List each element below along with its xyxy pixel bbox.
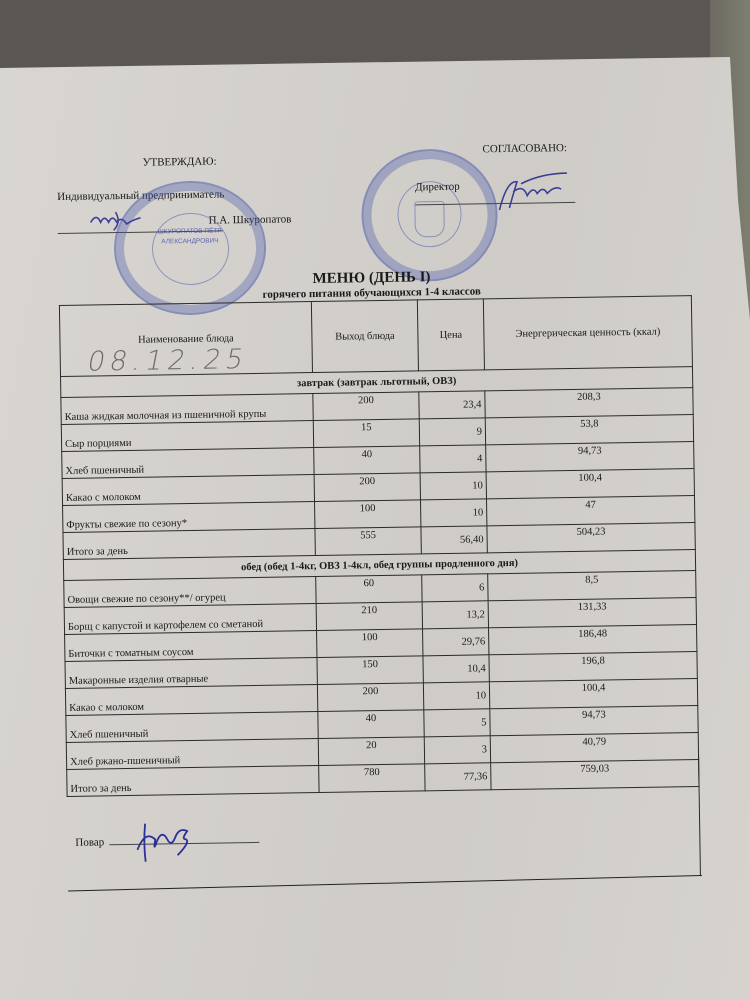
dish-name: Овощи свежие по сезону**/ огурец	[64, 577, 316, 608]
paper-sheet: УТВЕРЖДАЮ: Индивидуальный предпринимател…	[0, 0, 750, 1000]
dish-price: 3	[424, 736, 490, 764]
dish-kcal: 759,03	[491, 760, 699, 790]
dish-portion: 555	[315, 527, 421, 556]
dish-portion: 100	[315, 500, 421, 529]
dish-kcal: 40,79	[490, 733, 698, 763]
handwritten-date: 08.12.25	[85, 344, 251, 378]
dish-price: 10	[421, 499, 487, 527]
approval-heading-right: СОГЛАСОВАНО:	[482, 142, 567, 155]
dish-kcal: 8,5	[488, 571, 696, 601]
dish-price: 6	[422, 574, 488, 602]
dish-kcal: 94,73	[486, 442, 694, 472]
dish-price: 23,4	[419, 391, 485, 419]
dish-name: Каша жидкая молочная из пшеничной крупы	[61, 394, 313, 425]
dish-price: 9	[419, 418, 485, 446]
signature-cook	[133, 815, 204, 866]
dish-portion: 20	[318, 737, 424, 766]
dish-portion: 150	[317, 656, 423, 685]
dish-kcal: 196,8	[489, 652, 697, 682]
dish-portion: 60	[316, 575, 422, 604]
dish-name: Биточки с томатным соусом	[65, 631, 317, 662]
dish-kcal: 47	[486, 496, 694, 526]
coat-of-arms-icon	[414, 201, 445, 237]
dish-price: 10,4	[423, 655, 489, 683]
dish-kcal: 100,4	[486, 469, 694, 499]
dish-kcal: 186,48	[489, 625, 697, 655]
approval-role-right: Директор	[415, 181, 460, 194]
signature-director	[493, 169, 574, 215]
dish-price: 77,36	[425, 763, 491, 791]
dish-name: Хлеб пшеничный	[62, 448, 314, 479]
signature-entrepreneur	[85, 203, 155, 234]
dish-kcal: 131,33	[488, 598, 696, 628]
dish-name: Макаронные изделия отварные	[65, 658, 317, 689]
approval-heading-left: УТВЕРЖДАЮ:	[143, 156, 217, 169]
cook-label: Повар	[75, 836, 104, 848]
dish-name: Какао с молоком	[65, 685, 317, 716]
dish-price: 29,76	[423, 628, 489, 656]
dish-kcal: 94,73	[490, 706, 698, 736]
table-frame-bottom	[68, 875, 702, 891]
dish-kcal: 208,3	[485, 388, 693, 418]
dish-portion: 780	[319, 764, 425, 793]
dish-kcal: 504,23	[487, 523, 695, 553]
dish-price: 4	[420, 445, 486, 473]
dish-name: Итого за день	[67, 765, 319, 796]
dish-kcal: 100,4	[489, 679, 697, 709]
dish-portion: 210	[316, 602, 422, 631]
dish-kcal: 53,8	[485, 415, 693, 445]
dish-name: Какао с молоком	[62, 475, 314, 506]
column-header: Цена	[417, 299, 484, 371]
stamp-school	[361, 148, 499, 282]
dish-portion: 200	[317, 683, 423, 712]
dish-portion: 200	[313, 392, 419, 421]
dish-portion: 40	[318, 710, 424, 739]
dish-name: Фрукты свежие по сезону*	[63, 502, 315, 533]
dish-portion: 100	[317, 629, 423, 658]
dish-name: Хлеб ржано-пшеничный	[66, 738, 318, 769]
dish-portion: 15	[313, 419, 419, 448]
table-frame-right	[698, 755, 701, 875]
dish-portion: 200	[314, 473, 420, 502]
dish-price: 13,2	[422, 601, 488, 629]
dish-price: 56,40	[421, 526, 487, 554]
column-header: Выход блюда	[311, 300, 418, 373]
dish-price: 5	[424, 709, 490, 737]
dish-name: Сыр порциями	[61, 421, 313, 452]
dish-name: Борщ с капустой и картофелем со сметаной	[64, 604, 316, 635]
dish-price: 10	[420, 472, 486, 500]
dish-portion: 40	[314, 446, 420, 475]
column-header: Энергерическая ценность (ккал)	[483, 296, 692, 370]
dish-name: Итого за день	[63, 529, 315, 560]
dish-price: 10	[423, 682, 489, 710]
dish-name: Хлеб пшеничный	[66, 712, 318, 743]
